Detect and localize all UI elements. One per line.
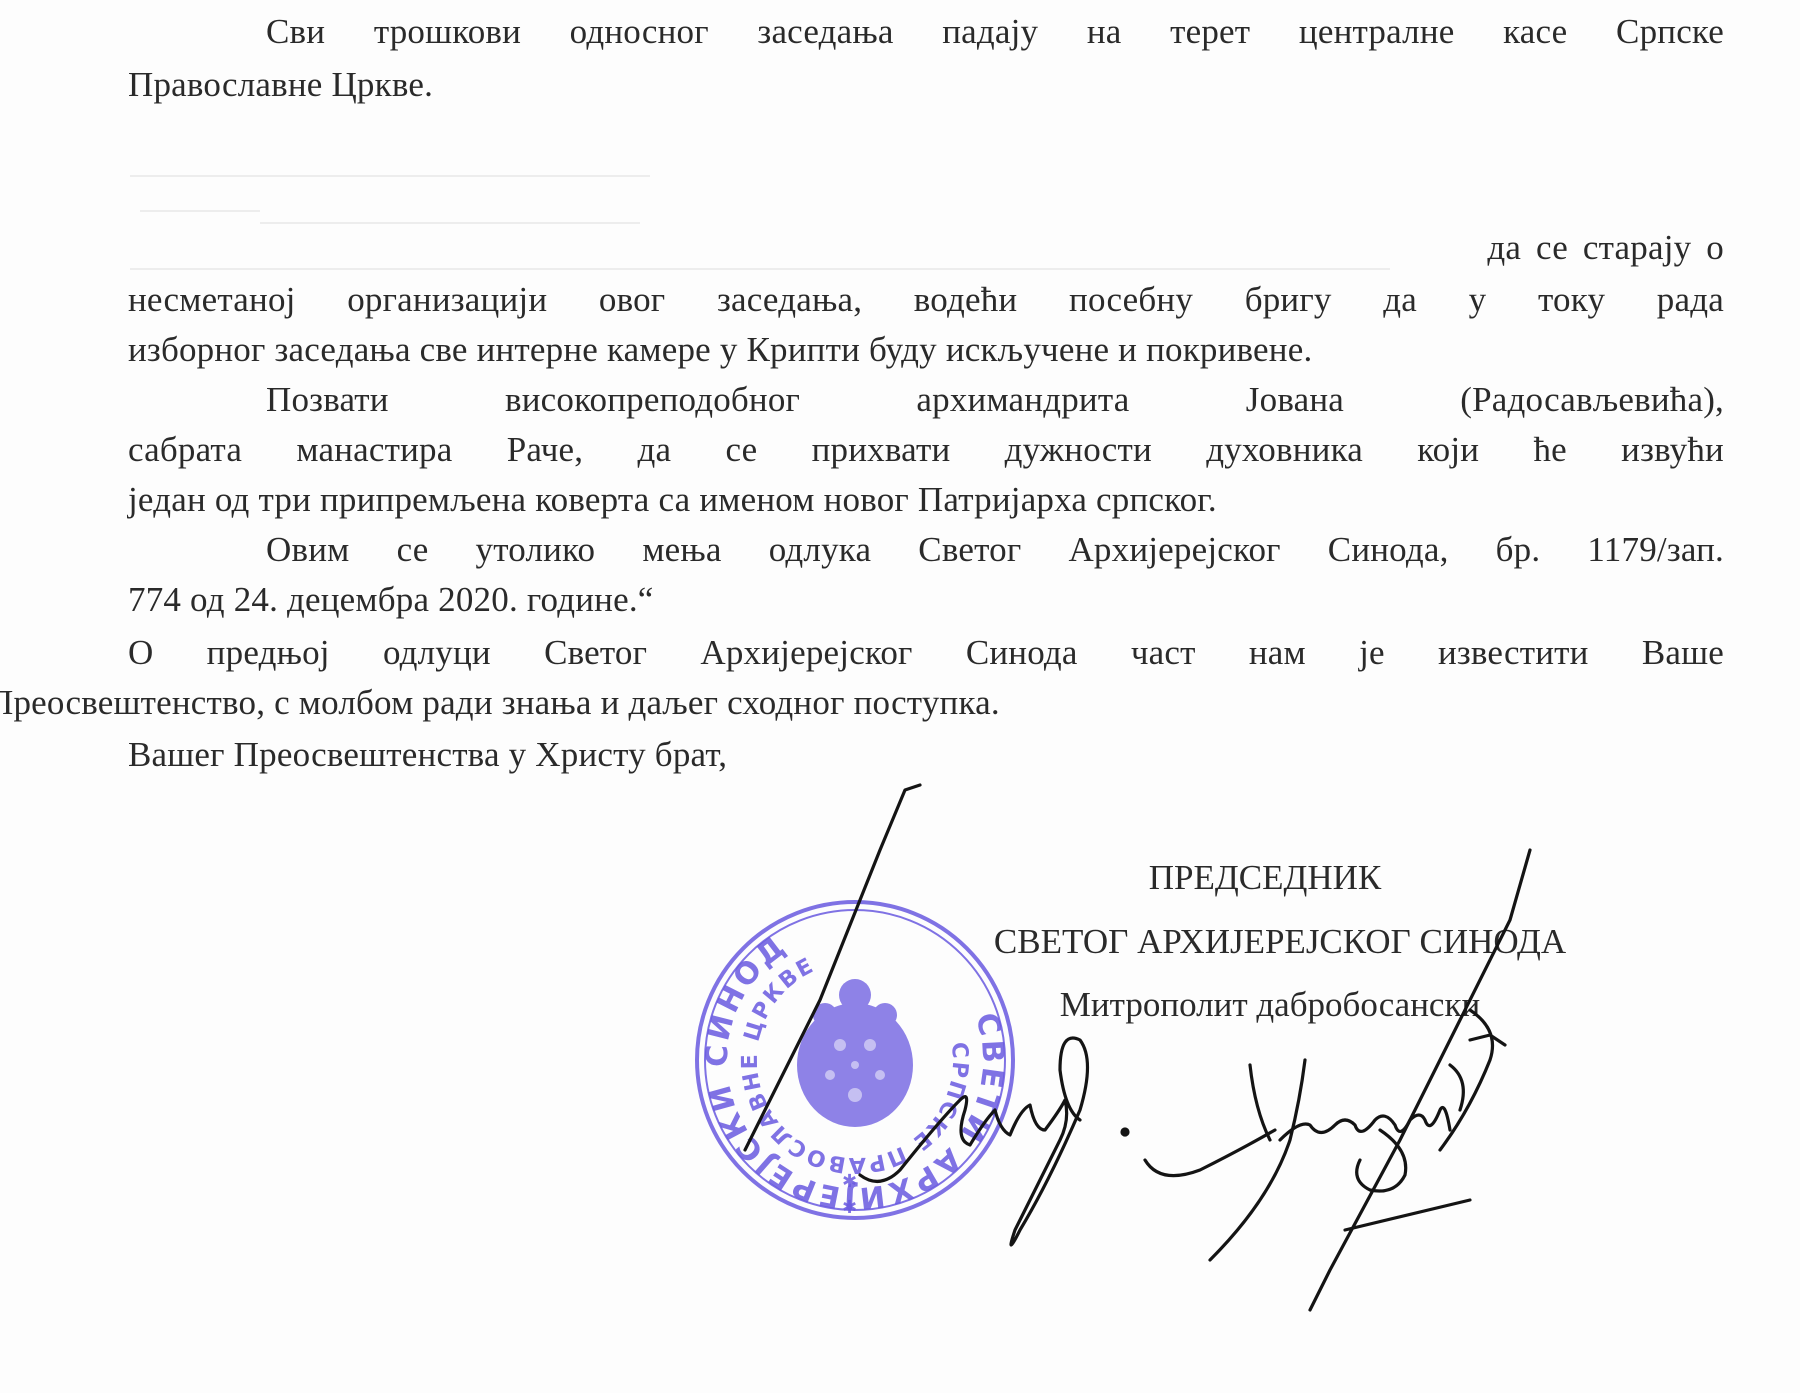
handwritten-signature (0, 0, 1800, 1393)
scanned-document-page: Сви трошкови односног заседања падају на… (0, 0, 1800, 1393)
